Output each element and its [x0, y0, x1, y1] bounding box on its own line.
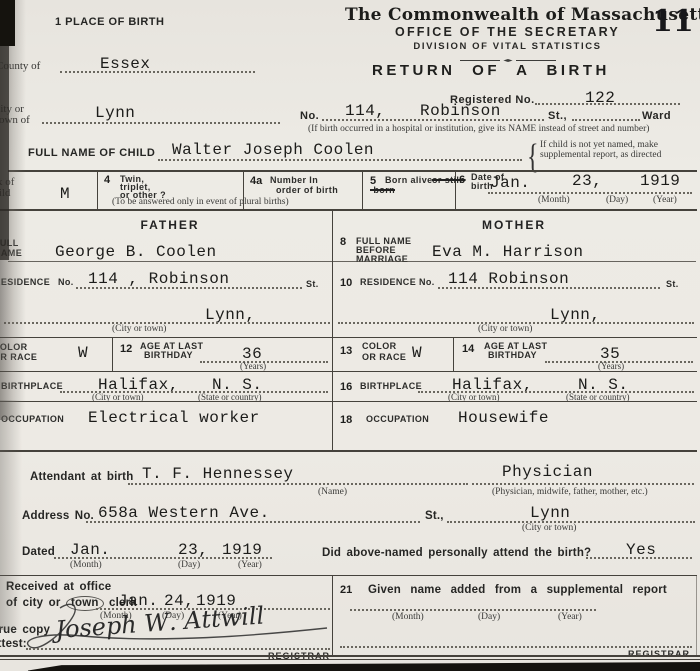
note-brace: { — [527, 139, 539, 178]
unnamed-note-line2: supplemental report, as directed — [540, 150, 661, 160]
table-divider-1 — [97, 170, 98, 209]
field12-number: 12 — [120, 343, 132, 355]
birth-date-day: 23, — [572, 172, 602, 190]
return-of-birth-title: RETURN OF A BIRTH — [372, 62, 610, 79]
child-name-label: FULL NAME OF CHILD — [28, 147, 155, 159]
field13-number: 13 — [340, 345, 352, 357]
birth-year-caption: (Year) — [653, 195, 677, 205]
mother-city-caption: (City or town) — [478, 324, 532, 334]
supplemental-label: Given name added from a supplemental rep… — [368, 584, 667, 596]
mother-occupation-label: OCCUPATION — [366, 414, 429, 424]
office-subtitle: OFFICE OF THE SECRETARY — [345, 25, 670, 39]
table-bottom-rule — [0, 209, 697, 211]
birth-date-month: Jan. — [490, 174, 530, 192]
masthead: The Commonwealth of Massachusetts OFFICE… — [345, 5, 670, 52]
supplemental-fill-line-2 — [340, 646, 692, 648]
attend-answer-value: Yes — [626, 541, 656, 559]
father-section-title: FATHER — [10, 218, 330, 232]
mother-color-label-line2: OR RACE — [362, 352, 406, 362]
birth-day-caption: (Day) — [606, 195, 628, 205]
received-label-line1: Received at office — [6, 581, 111, 593]
parents-center-divider — [332, 211, 333, 452]
father-city-fill-line — [4, 322, 330, 324]
father-color-value: W — [78, 344, 88, 362]
father-color-divider — [112, 337, 113, 371]
unnamed-note-line1: If child is not yet named, make — [540, 140, 658, 150]
birth-month-caption: (Month) — [538, 195, 570, 205]
father-years-caption: (Years) — [240, 361, 266, 371]
mother-section-title: MOTHER — [334, 218, 694, 232]
address-st-label: St., — [425, 510, 444, 522]
field16-number: 16 — [340, 381, 352, 393]
stillborn-struck-2: -born — [370, 185, 395, 195]
birth-certificate-scan: 1 PLACE OF BIRTH The Commonwealth of Mas… — [0, 0, 700, 671]
father-residence-fill-line — [76, 287, 302, 289]
color-row-rule — [0, 371, 697, 372]
father-residence-no-label: No. — [58, 277, 74, 287]
attendant-role-fill-line — [472, 483, 694, 485]
commonwealth-title: The Commonwealth of Massachusetts — [345, 5, 670, 25]
father-color-label-line2: OR RACE — [0, 352, 37, 362]
address-city-caption: (City or town) — [522, 523, 576, 533]
page-number: 11 — [652, 4, 694, 39]
names-underline — [8, 261, 696, 262]
father-occupation-value: Electrical worker — [88, 409, 260, 427]
child-name-value: Walter Joseph Coolen — [172, 141, 374, 159]
city-fill-line — [42, 122, 280, 124]
scan-left-dark-strip — [0, 0, 9, 260]
county-fill-line — [60, 71, 255, 73]
father-name-value: George B. Coolen — [55, 243, 217, 261]
scan-corner-mark — [0, 0, 15, 46]
attendant-name-caption: (Name) — [318, 487, 347, 497]
ward-label: Ward — [642, 110, 671, 122]
father-city-caption: (City or town) — [112, 324, 166, 334]
attendant-role-value: Physician — [502, 463, 593, 481]
supplemental-year-caption: (Year) — [558, 612, 582, 622]
field4-number: 4 — [104, 174, 110, 186]
mother-color-divider — [453, 337, 454, 371]
address-label: Address No. — [22, 510, 94, 522]
father-age-label-line2: BIRTHDAY — [144, 350, 193, 360]
clerk-section-rule — [0, 575, 697, 576]
field4a-number: 4a — [250, 175, 262, 187]
father-birthplace-label: BIRTHPLACE — [1, 381, 63, 391]
attendant-label: Attendant at birth — [30, 471, 133, 483]
ward-fill-line — [572, 119, 640, 121]
mother-name-label-line3: MARRIAGE — [356, 254, 408, 264]
street-number-value: 114, — [345, 102, 385, 120]
father-residence-st-label: St. — [306, 279, 319, 289]
dated-fill-line — [54, 557, 272, 559]
field14-number: 14 — [462, 343, 474, 355]
address-value: 658a Western Ave. — [98, 504, 270, 522]
father-occupation-label: OCCUPATION — [1, 414, 64, 424]
city-value: Lynn — [95, 104, 135, 122]
sex-label-line2: Child — [0, 187, 10, 199]
attendant-name-fill-line — [128, 483, 468, 485]
mother-residence-value: 114 Robinson — [448, 270, 569, 288]
mother-name-value: Eva M. Harrison — [432, 243, 584, 261]
father-residence-value: 114 , Robinson — [88, 270, 229, 288]
plural-note: (To be answered only in event of plural … — [112, 197, 289, 207]
supplemental-month-caption: (Month) — [392, 612, 424, 622]
born-alive-label: Born alive — [385, 175, 433, 185]
parents-bottom-rule — [0, 450, 697, 452]
father-residence-label: RESIDENCE — [0, 277, 50, 287]
scan-bottom-band — [28, 662, 700, 671]
field8-number: 8 — [340, 236, 346, 248]
signature-fill-line — [26, 648, 330, 650]
address-city-value: Lynn — [530, 504, 570, 522]
attend-question: Did above-named personally attend the bi… — [322, 547, 591, 559]
table-divider-3 — [362, 170, 363, 209]
field21-number: 21 — [340, 584, 352, 596]
father-name-label-line1: FULL — [0, 238, 19, 248]
scan-left-edge-shadow-lower — [0, 400, 22, 630]
order-label-line2: order of birth — [276, 185, 338, 195]
mother-age-label-line2: BIRTHDAY — [488, 350, 537, 360]
street-fill-line — [322, 119, 544, 121]
attendant-name-value: T. F. Hennessey — [142, 465, 294, 483]
residence-row-rule — [0, 337, 697, 338]
dated-year-caption: (Year) — [238, 560, 262, 570]
father-color-label-line1: COLOR — [0, 342, 28, 352]
registered-fill-line — [535, 103, 680, 105]
right-edge-rule — [696, 575, 697, 656]
father-name-label-line2: NAME — [0, 248, 22, 258]
place-of-birth-label: 1 PLACE OF BIRTH — [55, 16, 164, 28]
mother-residence-fill-line — [438, 287, 660, 289]
order-label-line1: Number In — [270, 175, 318, 185]
mother-residence-st-label: St. — [666, 279, 679, 289]
attendant-role-caption: (Physician, midwife, father, mother, etc… — [492, 487, 648, 497]
street-no-label: No. — [300, 110, 319, 122]
sex-value: M — [60, 185, 70, 203]
dated-label: Dated — [22, 546, 55, 558]
division-subtitle: DIVISION OF VITAL STATISTICS — [345, 41, 670, 52]
street-st-label: St., — [548, 110, 567, 122]
county-label: County of — [0, 60, 40, 72]
signature-text: Joseph W. Attwill — [49, 601, 265, 644]
street-name-value: Robinson — [420, 102, 501, 120]
birth-date-fill-line — [488, 192, 692, 194]
mother-birthplace-label: BIRTHPLACE — [360, 381, 422, 391]
mother-residence-label: RESIDENCE No. — [360, 277, 435, 287]
mother-years-caption: (Years) — [598, 361, 624, 371]
field6-number: 6 — [459, 174, 465, 186]
supplemental-fill-line-1 — [350, 609, 596, 611]
supplemental-day-caption: (Day) — [478, 612, 500, 622]
child-name-fill-line — [158, 159, 522, 161]
bottom-rule-1 — [0, 655, 700, 657]
mother-color-value: W — [412, 344, 422, 362]
address-fill-line — [86, 521, 420, 523]
hospital-note: (If birth occurred in a hospital or inst… — [308, 124, 649, 134]
mother-occupation-value: Housewife — [458, 409, 549, 427]
birthplace-row-rule — [0, 401, 697, 402]
bottom-rule-2 — [0, 659, 700, 660]
field18-number: 18 — [340, 414, 352, 426]
mother-color-label-line1: COLOR — [362, 341, 397, 351]
dated-month-caption: (Month) — [70, 560, 102, 570]
town-of-label: Town of — [0, 114, 30, 126]
birth-date-year: 1919 — [640, 172, 680, 190]
right-registrar-caption: REGISTRAR — [628, 649, 690, 659]
field10-number: 10 — [340, 277, 352, 289]
dated-day-caption: (Day) — [178, 560, 200, 570]
